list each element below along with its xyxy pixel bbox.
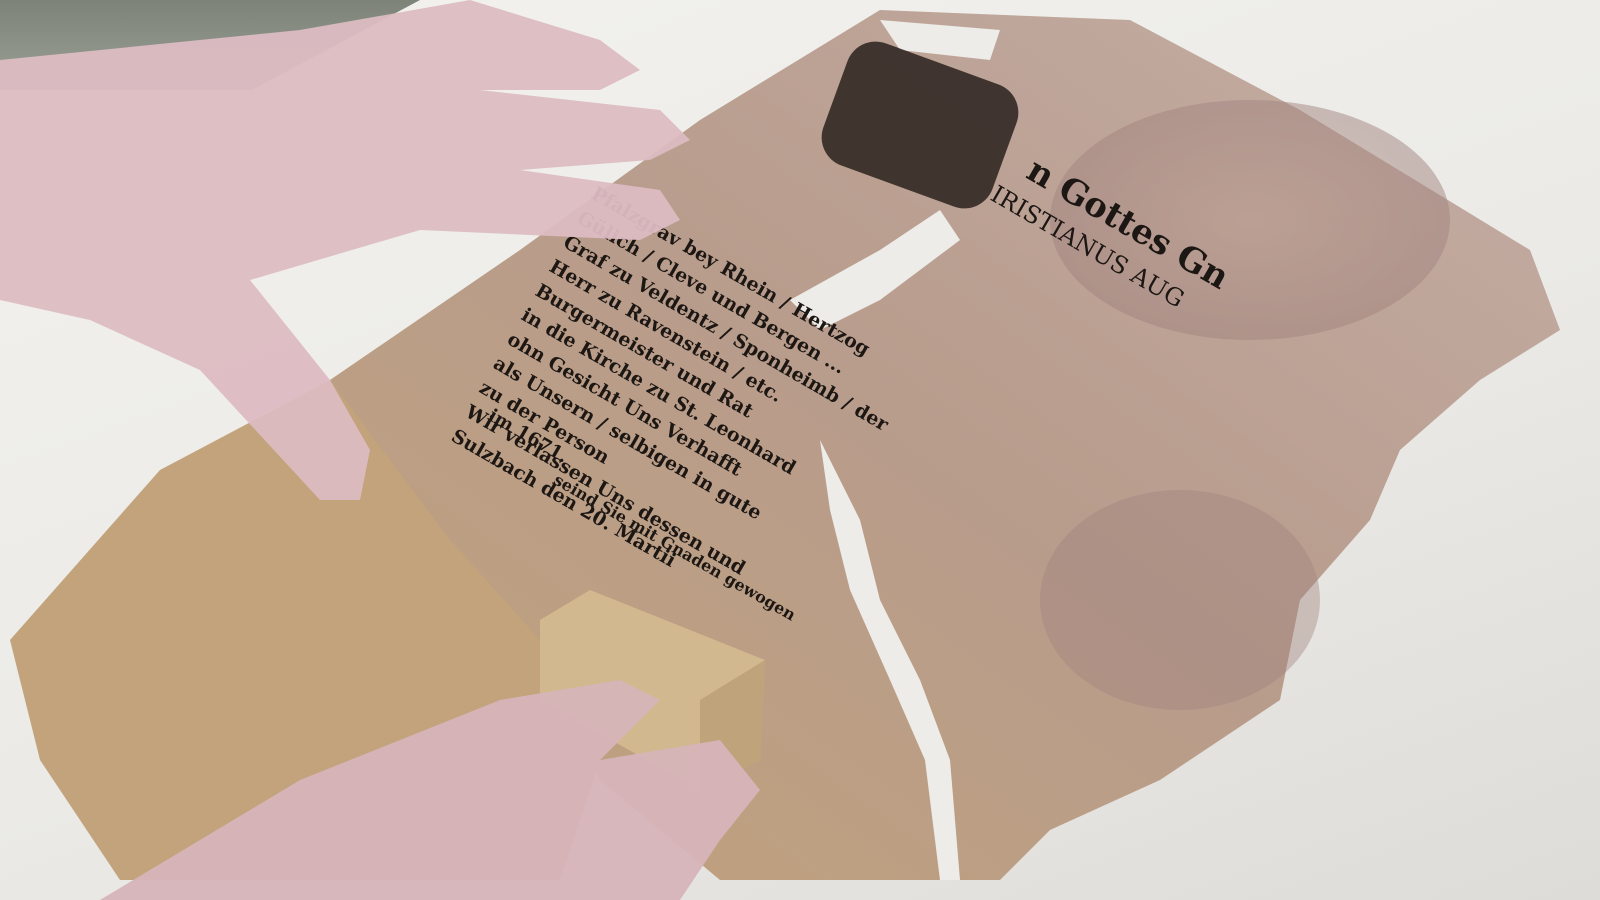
photo-scene: n Gottes Gn IRISTIANUS AUG Pfalzgrav bey… <box>0 0 1600 900</box>
gloved-hand-bottom <box>0 0 1600 900</box>
